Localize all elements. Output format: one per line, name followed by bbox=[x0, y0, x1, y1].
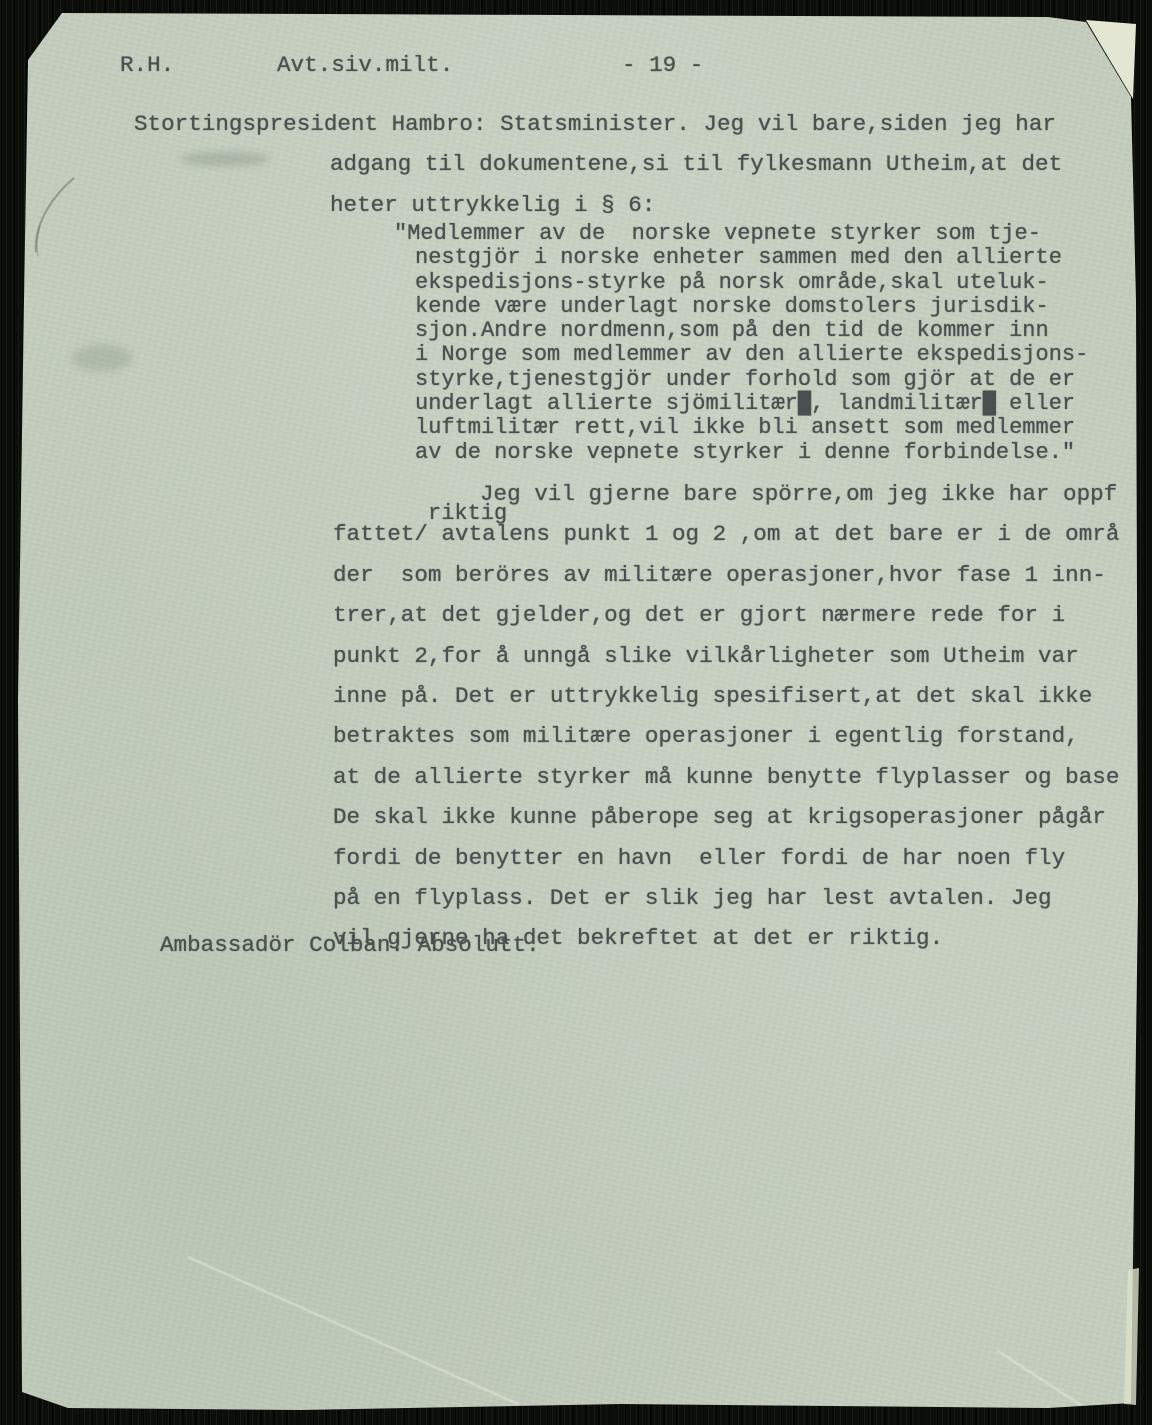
paragraph-line: heter uttrykkelig i § 6: bbox=[330, 185, 1062, 225]
main-paragraph: Jeg vil gjerne bare spörre,om jeg ikke h… bbox=[333, 474, 1119, 959]
quote-block: "Medlemmer av de norske vepnete styrker … bbox=[415, 222, 1088, 465]
closing-line: Ambassadör Colban: Absolutt. bbox=[160, 930, 540, 960]
paragraph-line: punkt 2,for å unngå slike vilkårligheter… bbox=[333, 636, 1119, 676]
header-initials: R.H. bbox=[120, 50, 174, 80]
paragraph-line: trer,at det gjelder,og det er gjort nærm… bbox=[333, 595, 1119, 635]
quote-line: "Medlemmer av de norske vepnete styrker … bbox=[415, 222, 1088, 246]
paragraph-line: Jeg vil gjerne bare spörre,om jeg ikke h… bbox=[480, 474, 1119, 514]
quote-line: kende være underlagt norske domstolers j… bbox=[415, 295, 1088, 319]
quote-line: styrke,tjenestgjör under forhold som gjö… bbox=[415, 368, 1088, 392]
paragraph-line: fordi de benytter en havn eller fordi de… bbox=[333, 838, 1119, 878]
quote-line: underlagt allierte sjömilitær█, landmili… bbox=[415, 392, 1088, 416]
paragraph-line: Stortingspresident Hambro: Statsminister… bbox=[134, 104, 1062, 144]
quote-line: sjon.Andre nordmenn,som på den tid de ko… bbox=[415, 319, 1088, 343]
paper-crease bbox=[187, 1256, 519, 1405]
quote-line: av de norske vepnete styrker i denne for… bbox=[415, 441, 1088, 465]
quote-line: ekspedisjons-styrke på norsk område,skal… bbox=[415, 271, 1088, 295]
paragraph-line: at de allierte styrker må kunne benytte … bbox=[333, 757, 1119, 797]
header-title: Avt.siv.milt. bbox=[277, 50, 453, 80]
paragraph-line: der som beröres av militære operasjoner,… bbox=[333, 555, 1119, 595]
paper-crease bbox=[997, 1350, 1082, 1406]
paragraph-line: inne på. Det er uttrykkelig spesifisert,… bbox=[333, 676, 1119, 716]
quote-line: luftmilitær rett,vil ikke bli ansett som… bbox=[415, 416, 1088, 440]
paragraph-line: på en flyplass. Det er slik jeg har lest… bbox=[333, 878, 1119, 918]
paragraph-line: fattet/ avtalens punkt 1 og 2 ,om at det… bbox=[333, 514, 1119, 554]
page-number: - 19 - bbox=[622, 50, 703, 80]
quote-line: i Norge som medlemmer av den allierte ek… bbox=[415, 343, 1088, 367]
paragraph-line: adgang til dokumentene,si til fylkesmann… bbox=[330, 144, 1062, 184]
quote-line: nestgjör i norske enheter sammen med den… bbox=[415, 246, 1088, 270]
scanned-document-background: R.H. Avt.siv.milt. - 19 - Stortingspresi… bbox=[0, 0, 1152, 1425]
document-page: R.H. Avt.siv.milt. - 19 - Stortingspresi… bbox=[0, 0, 1152, 1425]
paragraph-line: betraktes som militære operasjoner i ege… bbox=[333, 716, 1119, 756]
paragraph-line: De skal ikke kunne påberope seg at krigs… bbox=[333, 797, 1119, 837]
paper-smudge bbox=[72, 345, 132, 371]
opening-paragraph: Stortingspresident Hambro: Statsminister… bbox=[134, 104, 1062, 225]
